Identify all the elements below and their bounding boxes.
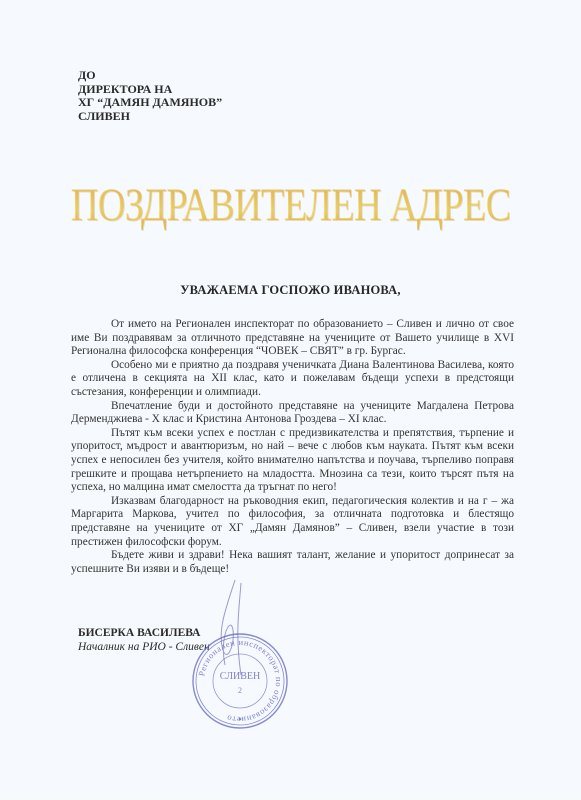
paragraph: Изказвам благодарност на ръководния екип…	[71, 495, 514, 549]
paragraph: Пътят към всеки успех е постлан с предиз…	[71, 427, 514, 495]
paragraph: Бъдете живи и здрави! Нека вашият талант…	[71, 549, 514, 576]
recipient-line: ДИРЕКТОРА НА	[78, 83, 222, 97]
paragraph: Впечатление буди и достойното представян…	[71, 400, 514, 427]
recipient-block: ДО ДИРЕКТОРА НА ХГ “ДАМЯН ДАМЯНОВ” СЛИВЕ…	[78, 69, 222, 123]
recipient-line: ДО	[78, 69, 222, 83]
paragraph: От името на Регионален инспекторат по об…	[71, 318, 514, 359]
official-stamp-icon: Регионален инспекторат по образованието …	[190, 631, 290, 731]
recipient-line: ХГ “ДАМЯН ДАМЯНОВ”	[78, 96, 222, 110]
document-title: ПОЗДРАВИТЕЛЕН АДРЕС	[52, 177, 528, 233]
stamp-number: 2	[238, 686, 242, 695]
recipient-line: СЛИВЕН	[78, 110, 222, 124]
letter-body: От името на Регионален инспекторат по об…	[71, 318, 514, 576]
letter-page: ДО ДИРЕКТОРА НА ХГ “ДАМЯН ДАМЯНОВ” СЛИВЕ…	[0, 0, 581, 792]
salutation: УВАЖАЕМА ГОСПОЖО ИВАНОВА,	[0, 283, 581, 298]
paragraph: Особено ми е приятно да поздравя ученичк…	[71, 359, 514, 400]
stamp-center-text: СЛИВЕН	[220, 671, 260, 682]
